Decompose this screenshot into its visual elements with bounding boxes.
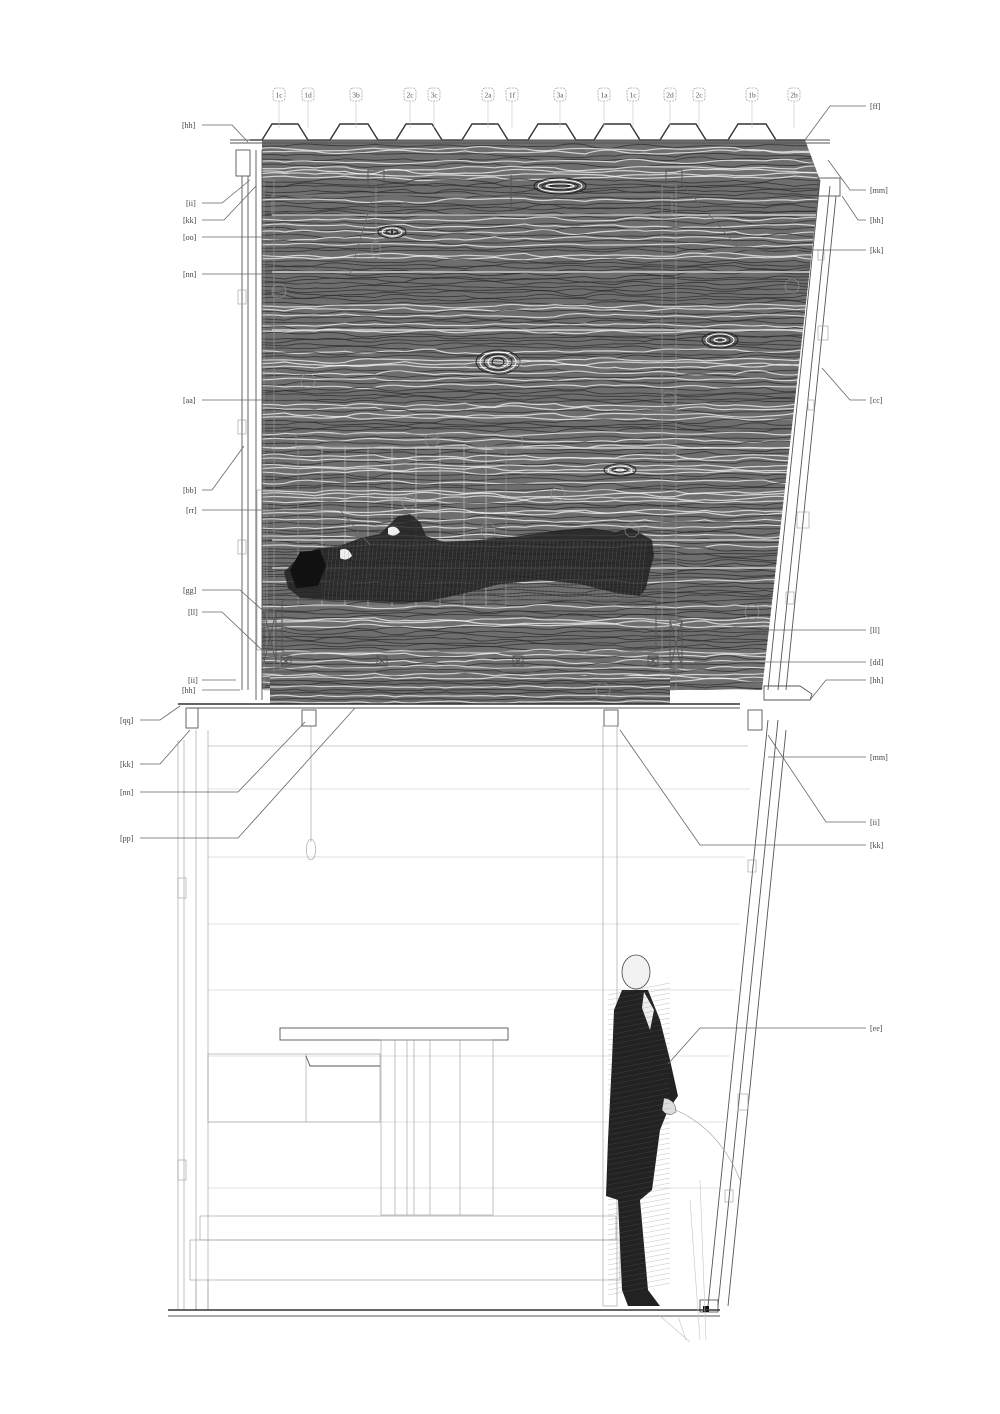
- callout-mm-mid: [mm]: [870, 753, 888, 762]
- right-sloped-wall-lower: [700, 720, 786, 1312]
- callout-ff: [ff]: [870, 102, 881, 111]
- roof-tag: 2a: [482, 88, 494, 128]
- callout-kk-right: [kk]: [870, 246, 884, 255]
- timber-wall-texture: [255, 130, 855, 702]
- callout-oo: [oo]: [183, 233, 197, 242]
- roof-tag-label: 1b: [748, 91, 756, 100]
- callout-ii: [ii]: [186, 199, 196, 208]
- callout-ll-right: [ll]: [870, 626, 880, 635]
- roof-corrugated-sheet: [250, 124, 805, 140]
- roof-tag-label: 1d: [304, 91, 312, 100]
- callout-hh-mid-right: [hh]: [870, 676, 884, 685]
- roof-tag: 2b: [788, 88, 800, 128]
- callout-ll: [ll]: [188, 608, 198, 617]
- callout-qq: [qq]: [120, 716, 134, 725]
- roof-tag-label: 1f: [509, 91, 516, 100]
- callout-nn-mid: [nn]: [120, 788, 134, 797]
- roof-tag-label: 3c: [430, 91, 438, 100]
- callout-hh-right: [hh]: [870, 216, 884, 225]
- roof-tag: 3b: [350, 88, 362, 128]
- roof-tag: 1c: [273, 88, 285, 128]
- callout-rr: [rr]: [186, 506, 197, 515]
- roof-tag-label: 1c: [275, 91, 283, 100]
- roof-tag: 2c: [404, 88, 416, 128]
- callout-cc: [cc]: [870, 396, 883, 405]
- roof-tag: 1a: [598, 88, 610, 128]
- callout-kk-mid: [kk]: [120, 760, 134, 769]
- roof-tag-label: 2d: [666, 91, 674, 100]
- roof-tag: 1f: [506, 88, 518, 128]
- callout-mm: [mm]: [870, 186, 888, 195]
- left-wall-lower: [178, 730, 208, 1310]
- bench: [190, 1216, 620, 1310]
- roof-tag-label: 2a: [484, 91, 492, 100]
- callout-labels-right: [ff] [mm] [hh] [kk] [cc] [ll] [dd] [hh] …: [870, 102, 888, 1033]
- standing-figure: [606, 955, 740, 1306]
- roof-tag-label: 1a: [600, 91, 608, 100]
- roof-tag-label: 2c: [695, 91, 703, 100]
- left-wall-upper: [236, 150, 267, 700]
- callout-hh: [hh]: [182, 121, 196, 130]
- section-drawing: 1c1d3b2c3c2a1f3a1a1c2d2c1b2b: [0, 0, 1000, 1414]
- roof-tag: 1b: [746, 88, 758, 128]
- roof-tag: 3a: [554, 88, 566, 128]
- roof-tag-label: 2c: [406, 91, 414, 100]
- roof-tag: 1c: [627, 88, 639, 128]
- callout-nn: [nn]: [183, 270, 197, 279]
- roof-tag: 3c: [428, 88, 440, 128]
- roof-tag-label: 3a: [556, 91, 564, 100]
- roof-tag-label: 2b: [790, 91, 798, 100]
- roof-tags: 1c1d3b2c3c2a1f3a1a1c2d2c1b2b: [273, 88, 800, 128]
- floor-joists: [186, 708, 762, 730]
- roof-tag: 1d: [302, 88, 314, 128]
- callout-ee: [ee]: [870, 1024, 883, 1033]
- roof-tag: 2c: [693, 88, 705, 128]
- callout-labels-left: [hh] [ii] [kk] [oo] [nn] [aa] [bb] [rr] …: [120, 121, 198, 843]
- callout-ii-mid: [ii]: [188, 676, 198, 685]
- callout-dd: [dd]: [870, 658, 884, 667]
- callout-pp: [pp]: [120, 834, 134, 843]
- callout-ii-right: [ii]: [870, 818, 880, 827]
- upper-room: [178, 124, 855, 708]
- roof-tag: 2d: [664, 88, 676, 128]
- callout-kk-mid-right: [kk]: [870, 841, 884, 850]
- lower-room: [168, 708, 786, 1342]
- callout-bb: [bb]: [183, 486, 197, 495]
- callout-gg: [gg]: [183, 586, 197, 595]
- roof-tag-label: 1c: [629, 91, 637, 100]
- callout-hh-mid: [hh]: [182, 686, 196, 695]
- floor-timber: [270, 676, 695, 704]
- callout-kk: [kk]: [183, 216, 197, 225]
- roof-tag-label: 3b: [352, 91, 360, 100]
- callout-aa: [aa]: [183, 396, 196, 405]
